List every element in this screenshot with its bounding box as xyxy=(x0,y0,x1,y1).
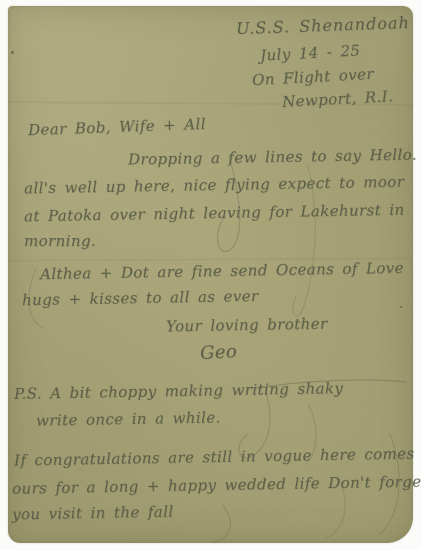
salutation-line: Dear Bob, Wife + All xyxy=(28,115,206,139)
header-location-line: Newport, R.I. xyxy=(282,87,394,111)
signature: Geo xyxy=(199,341,237,364)
postscript-line-1: P.S. A bit choppy making writing shaky xyxy=(14,379,344,403)
postscript-line-5: you visit in the fall xyxy=(12,503,174,524)
body-line-4: morning. xyxy=(24,232,96,250)
paper-speck xyxy=(400,306,402,308)
postscript-line-2: write once in a while. xyxy=(36,408,221,429)
valediction-line: Your loving brother xyxy=(166,315,328,336)
body-line-6: hugs + kisses to all as ever xyxy=(22,287,259,309)
letter-paper: U.S.S. Shenandoah July 14 - 25 On Flight… xyxy=(8,6,413,543)
scanned-letter: U.S.S. Shenandoah July 14 - 25 On Flight… xyxy=(0,0,421,550)
body-line-3: at Patoka over night leaving for Lakehur… xyxy=(24,201,405,226)
body-line-1: Dropping a few lines to say Hello. xyxy=(128,145,417,168)
postscript-line-3: If congratulations are still in vogue he… xyxy=(14,445,415,470)
header-flight-line: On Flight over xyxy=(252,65,375,89)
postscript-line-4: ours for a long + happy wedded life Don'… xyxy=(12,472,421,497)
body-line-2: all's well up here, nice flying expect t… xyxy=(24,173,404,198)
header-date-line: July 14 - 25 xyxy=(260,41,361,64)
body-line-5: Althea + Dot are fine send Oceans of Lov… xyxy=(40,259,404,283)
header-ship-line: U.S.S. Shenandoah xyxy=(236,13,410,38)
paper-speck xyxy=(11,51,14,54)
